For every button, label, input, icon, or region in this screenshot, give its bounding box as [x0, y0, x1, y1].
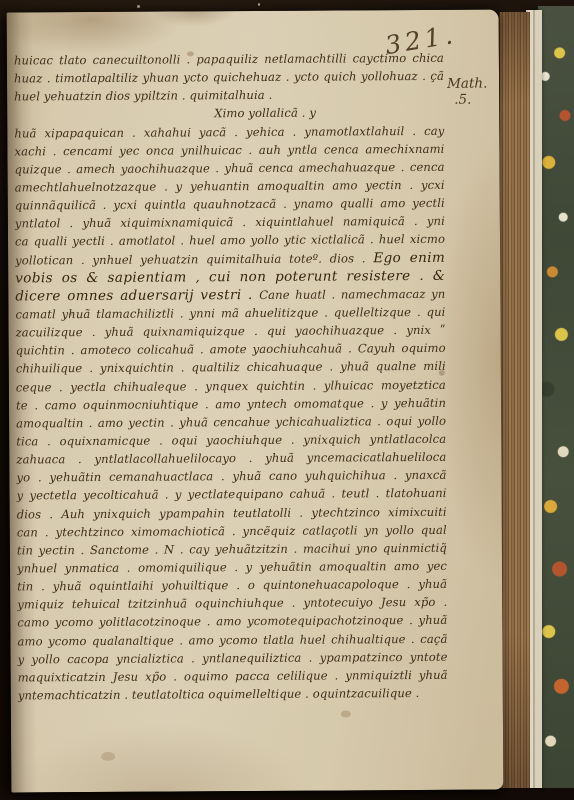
nahuatl-text-segment: camo ycomo yolitlacotzinoque . amo ycomo… — [17, 613, 447, 630]
manuscript-line: ca qualli yectli . amotlatol . huel amo … — [15, 230, 445, 251]
foxing-stain — [341, 710, 351, 717]
manuscript-line: yollotican . ynhuel yehuatzin quimitalhu… — [15, 248, 445, 269]
foxing-stain — [101, 752, 115, 761]
nahuatl-text-segment: Ximo yollalicã . y — [214, 106, 316, 121]
marbled-cover-edge — [538, 6, 574, 788]
nahuatl-text-segment: amechtlahuelnotzazque . y yehuantin amoq… — [15, 178, 445, 195]
nahuatl-text-segment: y yectetla yecolticahuã . y yectlatequip… — [17, 486, 447, 503]
manuscript-line: yntemachticatzin . teutlatoltica oquimel… — [18, 684, 448, 705]
manuscript-line: camo ycomo yolitlacotzinoque . amo ycomo… — [17, 611, 447, 632]
nahuatl-text-segment: tin . yhuã oquintlaihi yohuiltique . o q… — [17, 577, 447, 594]
nahuatl-text-segment: huel yehuatzin dios ypiltzin . quimitalh… — [14, 88, 272, 104]
margin-citation-chapter: .5. — [447, 92, 487, 108]
margin-citation-book: Math. — [447, 76, 487, 92]
nahuatl-text-segment: ca qualli yectli . amotlatol . huel amo … — [15, 232, 445, 249]
nahuatl-text-segment: can . ytechtzinco ximomachioticã . yncẽq… — [17, 522, 447, 539]
nahuatl-text-segment: yo . yehuãtin cemanahuactlaca . yhuã can… — [16, 468, 446, 485]
nahuatl-text-segment: xachi . cencami yec onca ynilhuicac . au… — [14, 142, 444, 159]
nahuatl-text-segment: quichtin . amoteco colicahuã . amote yao… — [16, 341, 446, 358]
nahuatl-text-segment: yntlatol . yhuã xiquimixnamiquicã . xiqu… — [15, 214, 445, 231]
manuscript-line: amo ycomo qualanaltique . amo ycomo tlat… — [17, 629, 447, 650]
nahuatl-text-segment: huaz . timotlapaltiliz yhuan ycto quiche… — [14, 69, 444, 86]
nahuatl-text-segment: amo ycomo qualanaltique . amo ycomo tlat… — [17, 631, 447, 648]
nahuatl-text-segment: te . camo oquinmocniuhtique . amo yntech… — [16, 396, 446, 413]
nahuatl-text-segment: zahuaca . yntlatlacollahuelilocayo . yhu… — [16, 450, 446, 467]
page-fore-edge — [499, 12, 530, 788]
nahuatl-text-segment: ceque . yectla chihualeque . ynquex quic… — [16, 377, 446, 394]
manuscript-line: huã xipapaquican . xahahui yacã . yehica… — [14, 121, 444, 142]
dust-speck — [258, 3, 260, 6]
nahuatl-text-segment: ymiquiz tehuical tzitzinhuã oquinchiuhqu… — [17, 595, 447, 612]
nahuatl-text-segment: Cane huatl . namechmacaz yn — [259, 287, 445, 302]
manuscript-page: 321. Math. .5. huicac tlato canecuiltono… — [7, 10, 504, 793]
manuscript-line: huaz . timotlapaltiliz yhuan ycto quiche… — [14, 67, 444, 88]
nahuatl-text-segment: huã xipapaquican . xahahui yacã . yehica… — [14, 123, 444, 140]
manuscript-line: chihuilique . ynixquichtin . qualtiliz c… — [16, 357, 446, 378]
manuscript-line: xachi . cencami yec onca ynilhuicac . au… — [14, 140, 444, 161]
nahuatl-text-segment: amoqualtin . amo yectin . yhuã cencahue … — [16, 414, 446, 431]
manuscript-line: ceque . yectla chihualeque . ynquex quic… — [16, 375, 446, 396]
manuscript-line: y yollo cacopa yncializtica . yntlanequi… — [18, 647, 448, 668]
nahuatl-text-segment: huicac tlato canecuiltonolli . papaquili… — [14, 51, 444, 68]
manuscript-line: y yectetla yecolticahuã . y yectlatequip… — [17, 484, 447, 505]
nahuatl-text-segment: quinnãquilicã . ycxi quintla quauhnotzac… — [15, 196, 445, 213]
nahuatl-text-segment: tica . oquixnamicque . oqui yaochiuhque … — [16, 432, 446, 449]
nahuatl-text-segment: zacuilizque . yhuã quixnamiquizque . qui… — [16, 323, 446, 340]
margin-citation: Math. .5. — [447, 76, 487, 108]
nahuatl-text-segment: maquixticatzin Jesu xp̃o . oquimo pacca … — [18, 668, 448, 685]
photo-backdrop: 321. Math. .5. huicac tlato canecuiltono… — [0, 0, 574, 800]
manuscript-line: te . camo oquinmocniuhtique . amo yntech… — [16, 394, 446, 415]
nahuatl-text-segment: yntemachticatzin . teutlatoltica oquimel… — [18, 686, 420, 702]
manuscript-line: dios . Auh ynixquich ypampahin teutlatol… — [17, 502, 447, 523]
manuscript-line: can . ytechtzinco ximomachioticã . yncẽq… — [17, 520, 447, 541]
nahuatl-text-segment: ynhuel ynmatica . omomiquilique . y yehu… — [17, 559, 447, 576]
nahuatl-text-segment: y yollo cacopa yncializtica . yntlanequi… — [18, 649, 448, 666]
nahuatl-text-segment: tin yectin . Sanctome . N . cay yehuãtzi… — [17, 541, 447, 558]
latin-quote-segment: dicere omnes aduersarij vestri . — [15, 287, 259, 304]
nahuatl-text-segment: camatl yhuã tlamachiliztli . ynni mã ahu… — [15, 305, 445, 322]
nahuatl-text-segment: chihuilique . ynixquichtin . qualtiliz c… — [16, 359, 446, 376]
manuscript-text: huicac tlato canecuiltonolli . papaquili… — [14, 49, 448, 705]
nahuatl-text-segment: dios . Auh ynixquich ypampahin teutlatol… — [17, 504, 447, 521]
dust-speck — [137, 5, 140, 8]
nahuatl-text-segment: yollotican . ynhuel yehuatzin quimitalhu… — [15, 251, 373, 267]
manuscript-line: vobis os & sapientiam , cui non poterunt… — [15, 267, 445, 288]
nahuatl-text-segment: quizque . amech yaochihuazque . yhuã cen… — [15, 160, 445, 177]
